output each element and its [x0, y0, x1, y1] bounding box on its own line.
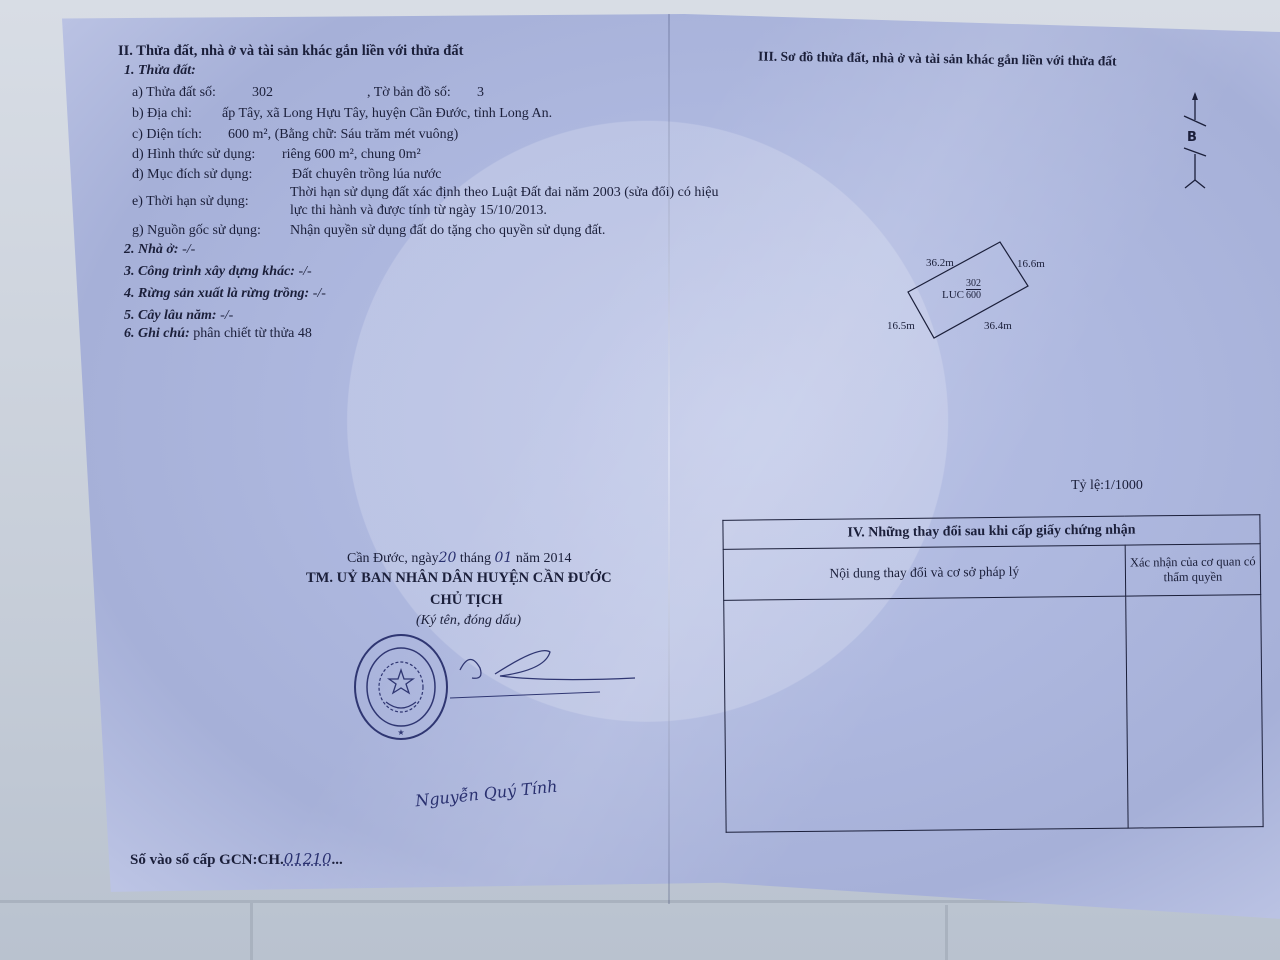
- house-label: 2. Nhà ở:: [124, 242, 179, 257]
- edge-bottom-length: 36.4m: [984, 317, 1012, 335]
- issuing-authority: TM. UỶ BAN NHÂN DÂN HUYỆN CẦN ĐƯỚC: [306, 569, 612, 587]
- house-value: -/-: [182, 242, 195, 257]
- map-sheet-value: 3: [477, 85, 484, 100]
- month-label: tháng: [460, 551, 491, 566]
- area-value: 600 m², (Bằng chữ: Sáu trăm mét vuông): [228, 127, 458, 142]
- edge-top-length: 36.2m: [926, 254, 954, 272]
- changes-table: IV. Những thay đổi sau khi cấp giấy chứn…: [722, 514, 1263, 833]
- parcel-number-row: a) Thửa đất số:302, Tờ bản đồ số:3: [132, 84, 484, 102]
- land-use-code: LUC: [942, 286, 964, 304]
- edge-left-length: 16.5m: [887, 317, 915, 335]
- usage-term-value-line1: Thời hạn sử dụng đất xác định theo Luật …: [290, 184, 718, 202]
- note-label: 6. Ghi chú:: [124, 326, 190, 341]
- registry-suffix: ...: [331, 852, 342, 868]
- perennial-label: 5. Cây lâu năm:: [124, 308, 217, 323]
- authority-confirmation-cell: [1126, 595, 1264, 828]
- usage-purpose-label: đ) Mục đích sử dụng:: [132, 166, 292, 184]
- usage-term-value-line2: lực thi hành và được tính từ ngày 15/10/…: [290, 202, 547, 220]
- authority-column-header: Xác nhận của cơ quan có thẩm quyền: [1125, 544, 1261, 596]
- place-date: Cần Đước, ngày20 tháng 01 năm 2014: [347, 549, 571, 568]
- parcel-fraction: 302 600: [966, 278, 981, 301]
- edge-right-length: 16.6m: [1017, 255, 1045, 273]
- forest-row: 4. Rừng sản xuất là rừng trồng: -/-: [124, 285, 326, 303]
- perennial-row: 5. Cây lâu năm: -/-: [124, 307, 233, 325]
- tile-grout: [945, 905, 948, 960]
- usage-form-row: d) Hình thức sử dụng:riêng 600 m², chung…: [132, 146, 421, 164]
- parcel-number-label: a) Thửa đất số:: [132, 84, 252, 102]
- construction-value: -/-: [298, 264, 311, 279]
- changes-content-cell: [724, 596, 1128, 832]
- usage-form-label: d) Hình thức sử dụng:: [132, 146, 282, 164]
- handwritten-signature: [450, 640, 640, 700]
- signing-day: 20: [439, 550, 457, 566]
- parcel-fraction-area: 600: [966, 290, 981, 301]
- construction-row: 3. Công trình xây dựng khác: -/-: [124, 263, 312, 281]
- signing-month: 01: [495, 550, 513, 566]
- note-value: phân chiết từ thửa 48: [193, 326, 312, 341]
- section-2-title: II. Thửa đất, nhà ở và tài sản khác gắn …: [118, 42, 463, 60]
- parcel-fraction-number: 302: [966, 278, 981, 290]
- house-row: 2. Nhà ở: -/-: [124, 241, 195, 259]
- address-label: b) Địa chỉ:: [132, 105, 222, 123]
- usage-purpose-row: đ) Mục đích sử dụng:Đất chuyên trồng lúa…: [132, 166, 442, 184]
- perennial-value: -/-: [220, 308, 233, 323]
- official-seal-icon: ★: [352, 632, 450, 742]
- parcel-number-value: 302: [252, 84, 367, 102]
- registry-number: Số vào sổ cấp GCN:CH.01210...: [130, 850, 343, 869]
- signature-instruction: (Ký tên, đóng dấu): [416, 612, 521, 630]
- svg-text:★: ★: [397, 728, 404, 737]
- address-value: ấp Tây, xã Long Hựu Tây, huyện Cần Đước,…: [222, 106, 552, 121]
- registry-label: Số vào sổ cấp GCN:CH.: [130, 852, 284, 868]
- usage-purpose-value: Đất chuyên trồng lúa nước: [292, 167, 442, 182]
- map-scale: Tỷ lệ:1/1000: [1071, 477, 1143, 495]
- north-label: B: [1187, 129, 1197, 147]
- signer-position: CHỦ TỊCH: [430, 591, 503, 609]
- usage-form-value: riêng 600 m², chung 0m²: [282, 147, 421, 162]
- paper-fold-line: [668, 14, 670, 904]
- land-heading: 1. Thửa đất:: [124, 62, 196, 80]
- origin-label: g) Nguồn gốc sử dụng:: [132, 222, 290, 240]
- forest-value: -/-: [313, 286, 326, 301]
- forest-label: 4. Rừng sản xuất là rừng trồng:: [124, 286, 309, 301]
- origin-row: g) Nguồn gốc sử dụng:Nhận quyền sử dụng …: [132, 222, 605, 240]
- usage-term-label: e) Thời hạn sử dụng:: [132, 193, 249, 211]
- registry-value: 01210: [284, 850, 332, 868]
- area-label: c) Diện tích:: [132, 126, 228, 144]
- note-row: 6. Ghi chú: phân chiết từ thửa 48: [124, 325, 312, 343]
- place-date-prefix: Cần Đước, ngày: [347, 551, 439, 566]
- year: năm 2014: [516, 551, 572, 566]
- construction-label: 3. Công trình xây dựng khác:: [124, 264, 295, 279]
- tile-grout: [250, 900, 253, 960]
- map-sheet-label: , Tờ bản đồ số:: [367, 84, 477, 102]
- origin-value: Nhận quyền sử dụng đất do tặng cho quyền…: [290, 223, 605, 238]
- area-row: c) Diện tích:600 m², (Bằng chữ: Sáu trăm…: [132, 126, 458, 144]
- changes-column-header: Nội dung thay đổi và cơ sở pháp lý: [723, 545, 1125, 600]
- address-row: b) Địa chỉ:ấp Tây, xã Long Hựu Tây, huyệ…: [132, 105, 552, 123]
